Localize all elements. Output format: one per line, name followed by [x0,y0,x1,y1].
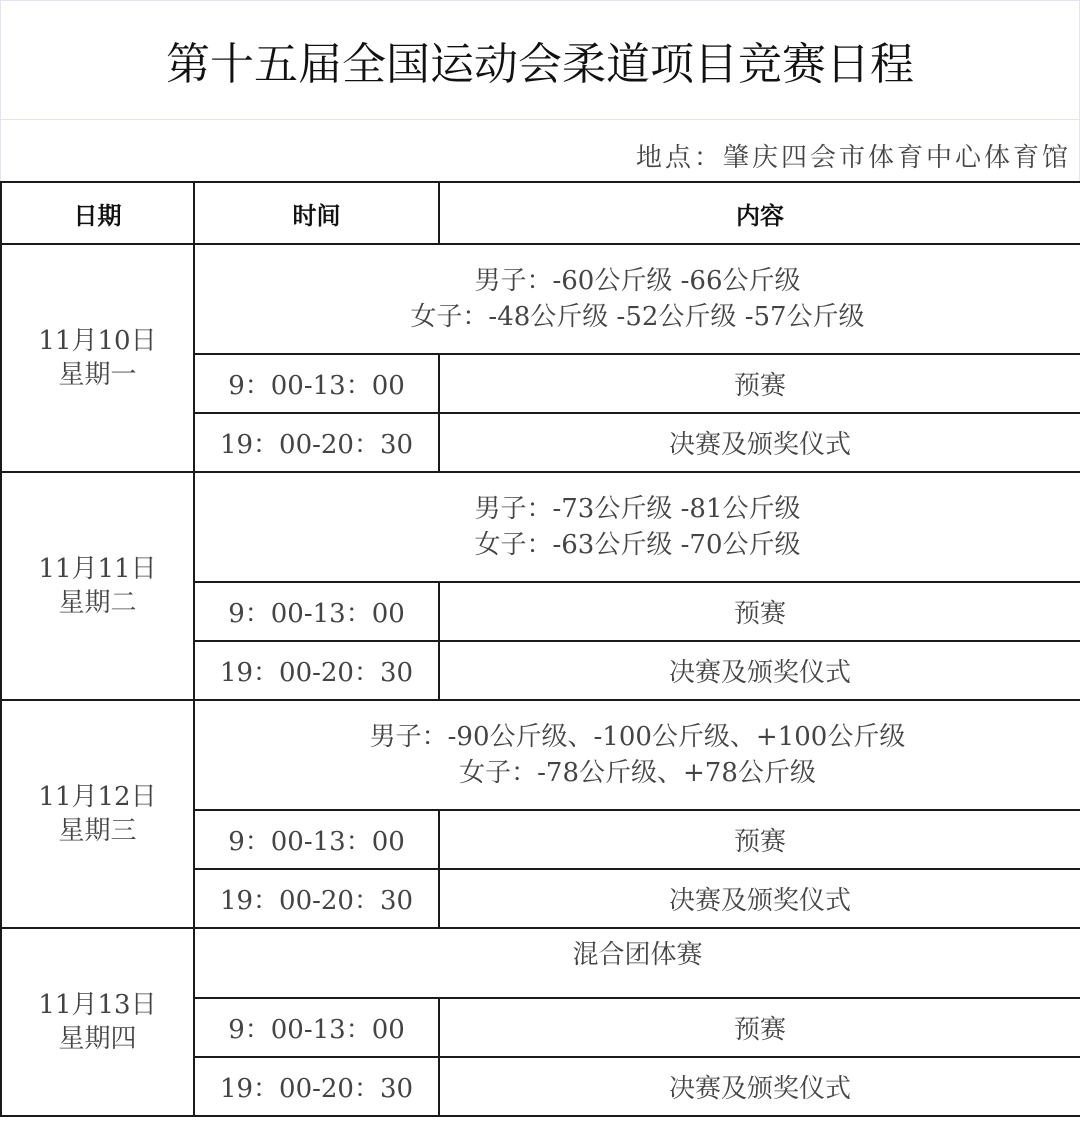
date-cell: 11月11日 星期二 [1,472,194,700]
session-content: 预赛 [439,810,1080,869]
date: 11月10日 [2,324,193,358]
session-time: 19：00-20：30 [194,413,439,472]
header-content: 内容 [439,182,1080,244]
men-events: 男子：-60公斤级 -66公斤级 [195,263,1080,299]
day-events-row: 11月13日 星期四 混合团体赛 [1,928,1080,998]
day-events-row: 11月11日 星期二 男子：-73公斤级 -81公斤级 女子：-63公斤级 -7… [1,472,1080,582]
date-cell: 11月13日 星期四 [1,928,194,1116]
page-title: 第十五届全国运动会柔道项目竞赛日程 [166,28,914,92]
venue-row: 地点：肇庆四会市体育中心体育馆 [0,119,1080,181]
weekday: 星期二 [2,586,193,620]
schedule-table: 日期 时间 内容 11月10日 星期一 男子：-60公斤级 -66公斤级 女子：… [0,181,1080,1117]
session-content: 预赛 [439,582,1080,641]
men-events: 男子：-73公斤级 -81公斤级 [195,491,1080,527]
header-time: 时间 [194,182,439,244]
session-time: 19：00-20：30 [194,1057,439,1116]
women-events: 女子：-48公斤级 -52公斤级 -57公斤级 [195,299,1080,335]
women-events: 女子：-63公斤级 -70公斤级 [195,527,1080,563]
session-time: 9：00-13：00 [194,582,439,641]
weekday: 星期四 [2,1022,193,1056]
date-cell: 11月10日 星期一 [1,244,194,472]
session-content: 预赛 [439,354,1080,413]
session-content: 预赛 [439,998,1080,1057]
session-time: 9：00-13：00 [194,354,439,413]
session-content: 决赛及颁奖仪式 [439,1057,1080,1116]
events-cell: 男子：-90公斤级、-100公斤级、+100公斤级 女子：-78公斤级、+78公… [194,700,1080,810]
title-banner: 第十五届全国运动会柔道项目竞赛日程 [0,0,1080,120]
session-time: 19：00-20：30 [194,869,439,928]
date: 11月12日 [2,780,193,814]
events-cell: 男子：-73公斤级 -81公斤级 女子：-63公斤级 -70公斤级 [194,472,1080,582]
date: 11月13日 [2,988,193,1022]
venue-label: 地点：肇庆四会市体育中心体育馆 [636,137,1071,174]
session-time: 9：00-13：00 [194,998,439,1057]
team-event: 混合团体赛 [195,937,1080,973]
header-row: 日期 时间 内容 [1,182,1080,244]
events-cell: 混合团体赛 [194,928,1080,998]
session-content: 决赛及颁奖仪式 [439,869,1080,928]
weekday: 星期一 [2,358,193,392]
day-events-row: 11月10日 星期一 男子：-60公斤级 -66公斤级 女子：-48公斤级 -5… [1,244,1080,354]
session-time: 9：00-13：00 [194,810,439,869]
session-content: 决赛及颁奖仪式 [439,413,1080,472]
weekday: 星期三 [2,814,193,848]
date-cell: 11月12日 星期三 [1,700,194,928]
day-events-row: 11月12日 星期三 男子：-90公斤级、-100公斤级、+100公斤级 女子：… [1,700,1080,810]
date: 11月11日 [2,552,193,586]
header-date: 日期 [1,182,194,244]
events-cell: 男子：-60公斤级 -66公斤级 女子：-48公斤级 -52公斤级 -57公斤级 [194,244,1080,354]
session-time: 19：00-20：30 [194,641,439,700]
session-content: 决赛及颁奖仪式 [439,641,1080,700]
women-events: 女子：-78公斤级、+78公斤级 [195,755,1080,791]
men-events: 男子：-90公斤级、-100公斤级、+100公斤级 [195,719,1080,755]
